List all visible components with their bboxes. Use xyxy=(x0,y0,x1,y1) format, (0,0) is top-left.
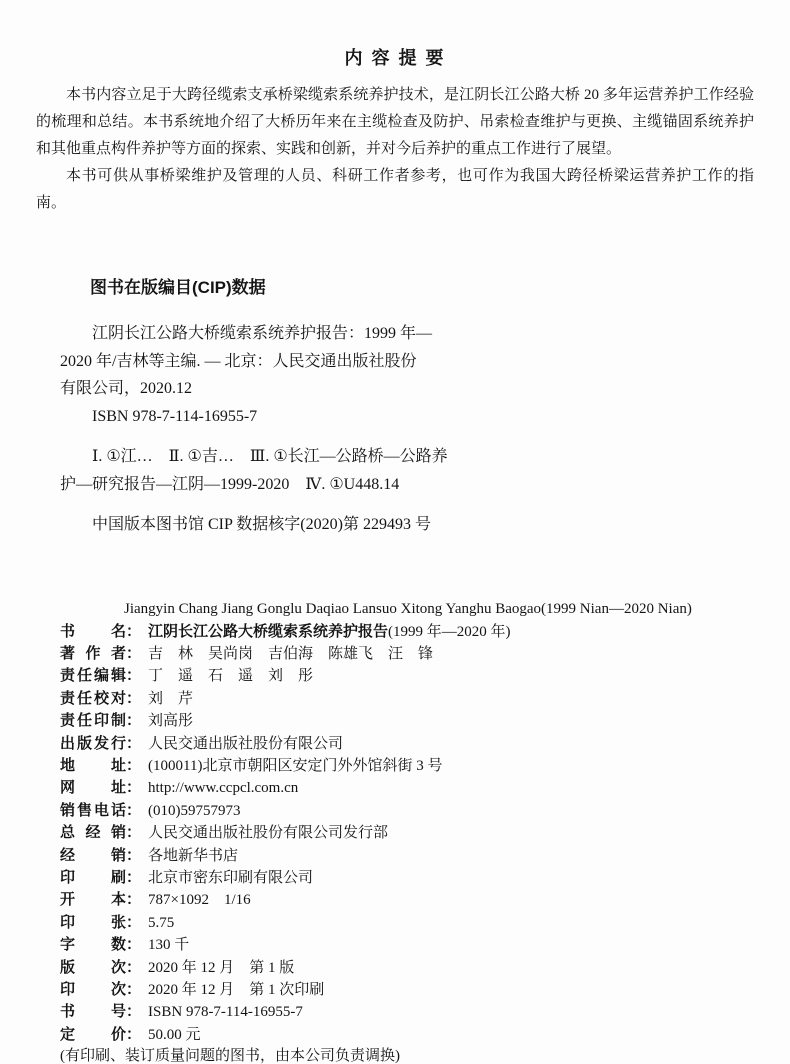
colophon-row-editor: 责任编辑：丁 遥 石 遥 刘 彤 xyxy=(60,665,790,687)
colophon-label: 地址 xyxy=(60,755,126,776)
colon-separator: ： xyxy=(126,802,141,819)
colophon-label: 版次 xyxy=(60,957,126,978)
colon-separator: ： xyxy=(126,936,141,953)
colophon-row-sales-phone: 销售电话：(010)59757973 xyxy=(60,800,790,822)
colophon-row-format: 开本：787×1092 1/16 xyxy=(60,889,790,911)
colophon-value: 刘高彤 xyxy=(148,713,193,729)
colophon-label: 销售电话 xyxy=(60,800,126,821)
colophon-label: 著作者 xyxy=(60,643,126,664)
colon-separator: ： xyxy=(126,667,141,684)
colophon-row-price: 定价：50.00 元 xyxy=(60,1024,790,1046)
colophon-row-proofreader: 责任校对：刘 芹 xyxy=(60,688,790,710)
colophon-row-website: 网址：http://www.ccpcl.com.cn xyxy=(60,777,790,799)
colophon-row-book-title: 书名：江阴长江公路大桥缆索系统养护报告(1999 年—2020 年) xyxy=(60,621,790,643)
colon-separator: ： xyxy=(126,735,141,752)
copyright-page: 内 容 提 要 本书内容立足于大跨径缆索支承桥梁缆索系统养护技术，是江阴长江公路… xyxy=(0,0,790,1064)
colophon-label: 总经销 xyxy=(60,822,126,843)
colon-separator: ： xyxy=(126,1026,141,1043)
colophon-label: 责任编辑 xyxy=(60,665,126,686)
colon-separator: ： xyxy=(126,959,141,976)
cip-entry-line: 有限公司，2020.12 xyxy=(60,375,540,403)
cip-record-number: 中国版本图书馆 CIP 数据核字(2020)第 229493 号 xyxy=(60,511,580,539)
colophon-label: 书名 xyxy=(60,621,126,642)
colophon-value: 人民交通出版社股份有限公司 xyxy=(148,736,343,752)
colophon-row-distributor: 经销：各地新华书店 xyxy=(60,845,790,867)
book-title-years: (1999 年—2020 年) xyxy=(388,624,511,640)
colophon-value: 50.00 元 xyxy=(148,1027,201,1043)
colophon-label: 经销 xyxy=(60,845,126,866)
cip-entry: 江阴长江公路大桥缆索系统养护报告：1999 年— 2020 年/吉林等主编. —… xyxy=(60,320,540,430)
colon-separator: ： xyxy=(126,847,141,864)
colon-separator: ： xyxy=(126,623,141,640)
colophon-label: 责任印制 xyxy=(60,710,126,731)
colophon-row-publisher: 出版发行：人民交通出版社股份有限公司 xyxy=(60,733,790,755)
cip-class-line: 护—研究报告—江阴—1999-2020 Ⅳ. ①U448.14 xyxy=(60,471,540,499)
colon-separator: ： xyxy=(126,690,141,707)
pinyin-title: Jiangyin Chang Jiang Gonglu Daqiao Lansu… xyxy=(124,599,790,620)
colophon-value: (010)59757973 xyxy=(148,803,241,819)
colophon: Jiangyin Chang Jiang Gonglu Daqiao Lansu… xyxy=(60,599,790,1064)
content-summary: 本书内容立足于大跨径缆索支承桥梁缆索系统养护技术，是江阴长江公路大桥 20 多年… xyxy=(36,82,754,217)
colon-separator: ： xyxy=(126,869,141,886)
quality-exchange-notice: (有印刷、装订质量问题的图书，由本公司负责调换) xyxy=(60,1046,790,1064)
colophon-row-isbn: 书号：ISBN 978-7-114-16955-7 xyxy=(60,1001,790,1023)
book-title-bold: 江阴长江公路大桥缆索系统养护报告 xyxy=(148,623,388,640)
colophon-value: 北京市密东印刷有限公司 xyxy=(148,870,313,886)
colon-separator: ： xyxy=(126,914,141,931)
colon-separator: ： xyxy=(126,757,141,774)
colophon-value: 刘 芹 xyxy=(148,691,193,707)
colophon-row-impression: 印次：2020 年 12 月 第 1 次印刷 xyxy=(60,979,790,1001)
cip-entry-line: 江阴长江公路大桥缆索系统养护报告：1999 年— xyxy=(60,320,540,348)
colophon-label: 出版发行 xyxy=(60,733,126,754)
summary-paragraph-2: 本书可供从事桥梁维护及管理的人员、科研工作者参考，也可作为我国大跨径桥梁运营养护… xyxy=(36,163,754,217)
colophon-value: 人民交通出版社股份有限公司发行部 xyxy=(148,825,388,841)
colophon-row-edition: 版次：2020 年 12 月 第 1 版 xyxy=(60,957,790,979)
cip-heading: 图书在版编目(CIP)数据 xyxy=(90,273,790,298)
colophon-label: 网址 xyxy=(60,777,126,798)
colophon-row-general-distributor: 总经销：人民交通出版社股份有限公司发行部 xyxy=(60,822,790,844)
colophon-value: 各地新华书店 xyxy=(148,848,238,864)
colophon-row-address: 地址：(100011)北京市朝阳区安定门外外馆斜街 3 号 xyxy=(60,755,790,777)
cip-entry-line: 2020 年/吉林等主编. — 北京：人民交通出版社股份 xyxy=(60,348,540,376)
colophon-label: 定价 xyxy=(60,1024,126,1045)
colon-separator: ： xyxy=(126,645,141,662)
colophon-value: 130 千 xyxy=(148,937,189,953)
colophon-value: ISBN 978-7-114-16955-7 xyxy=(148,1004,303,1020)
colophon-row-sheets: 印张：5.75 xyxy=(60,912,790,934)
colophon-value: 2020 年 12 月 第 1 版 xyxy=(148,960,294,976)
colophon-label: 开本 xyxy=(60,889,126,910)
colophon-row-print-supervisor: 责任印制：刘高彤 xyxy=(60,710,790,732)
colon-separator: ： xyxy=(126,891,141,908)
colophon-row-authors: 著作者：吉 林 吴尚岗 吉伯海 陈雄飞 汪 锋 xyxy=(60,643,790,665)
colon-separator: ： xyxy=(126,824,141,841)
colophon-value: 吉 林 吴尚岗 吉伯海 陈雄飞 汪 锋 xyxy=(148,646,433,662)
summary-paragraph-1: 本书内容立足于大跨径缆索支承桥梁缆索系统养护技术，是江阴长江公路大桥 20 多年… xyxy=(36,82,754,163)
cip-class-line: Ⅰ. ①江… Ⅱ. ①吉… Ⅲ. ①长江—公路桥—公路养 xyxy=(60,443,540,471)
colon-separator: ： xyxy=(126,981,141,998)
colon-separator: ： xyxy=(126,1003,141,1020)
cip-isbn: ISBN 978-7-114-16955-7 xyxy=(60,403,540,431)
colophon-label: 印张 xyxy=(60,912,126,933)
colophon-value: (100011)北京市朝阳区安定门外外馆斜街 3 号 xyxy=(148,758,442,774)
cip-classification: Ⅰ. ①江… Ⅱ. ①吉… Ⅲ. ①长江—公路桥—公路养 护—研究报告—江阴—1… xyxy=(60,443,540,498)
colophon-row-printer: 印刷：北京市密东印刷有限公司 xyxy=(60,867,790,889)
colophon-label: 字数 xyxy=(60,934,126,955)
colophon-value: 787×1092 1/16 xyxy=(148,892,251,908)
colophon-label: 责任校对 xyxy=(60,688,126,709)
colophon-value website-url: http://www.ccpcl.com.cn xyxy=(148,780,298,796)
colon-separator: ： xyxy=(126,779,141,796)
colophon-label: 印刷 xyxy=(60,867,126,888)
colophon-value: 丁 遥 石 遥 刘 彤 xyxy=(148,668,313,684)
colon-separator: ： xyxy=(126,712,141,729)
colophon-label: 书号 xyxy=(60,1001,126,1022)
colophon-row-word-count: 字数：130 千 xyxy=(60,934,790,956)
colophon-value: 2020 年 12 月 第 1 次印刷 xyxy=(148,982,324,998)
content-summary-title: 内 容 提 要 xyxy=(0,0,790,70)
colophon-value: 5.75 xyxy=(148,915,174,931)
colophon-label: 印次 xyxy=(60,979,126,1000)
